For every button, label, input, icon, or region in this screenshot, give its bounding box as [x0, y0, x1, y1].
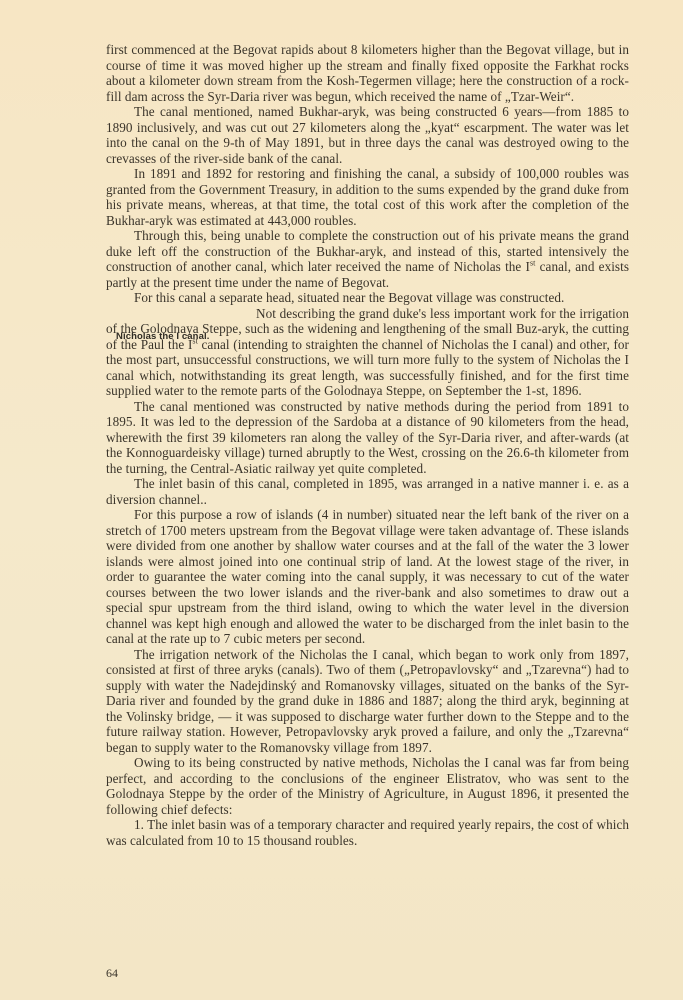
- paragraph-6: Not describing the grand duke's less imp…: [106, 306, 629, 399]
- paragraph-8: The inlet basin of this canal, completed…: [106, 476, 629, 507]
- scanned-book-page: first commenced at the Begovat rapids ab…: [0, 0, 683, 1000]
- paragraph-9: For this purpose a row of islands (4 in …: [106, 507, 629, 647]
- paragraph-5: For this canal a separate head, situated…: [106, 290, 629, 306]
- paragraph-7: The canal mentioned was constructed by n…: [106, 399, 629, 477]
- paragraph-2: The canal mentioned, named Bukhar-aryk, …: [106, 104, 629, 166]
- paragraph-4: Through this, being unable to complete t…: [106, 228, 629, 290]
- paragraph-10: The irrigation network of the Nicholas t…: [106, 647, 629, 756]
- page-number: 64: [106, 966, 118, 981]
- paragraph-12-list-item: 1. The inlet basin was of a temporary ch…: [106, 817, 629, 848]
- paragraph-3: In 1891 and 1892 for restoring and finis…: [106, 166, 629, 228]
- paragraph-6-with-margin-note: Nicholas the I canal. Not describing the…: [106, 306, 629, 399]
- body-text: first commenced at the Begovat rapids ab…: [106, 42, 629, 848]
- paragraph-11: Owing to its being constructed by native…: [106, 755, 629, 817]
- margin-note: Nicholas the I canal.: [116, 329, 209, 345]
- paragraph-1: first commenced at the Begovat rapids ab…: [106, 42, 629, 104]
